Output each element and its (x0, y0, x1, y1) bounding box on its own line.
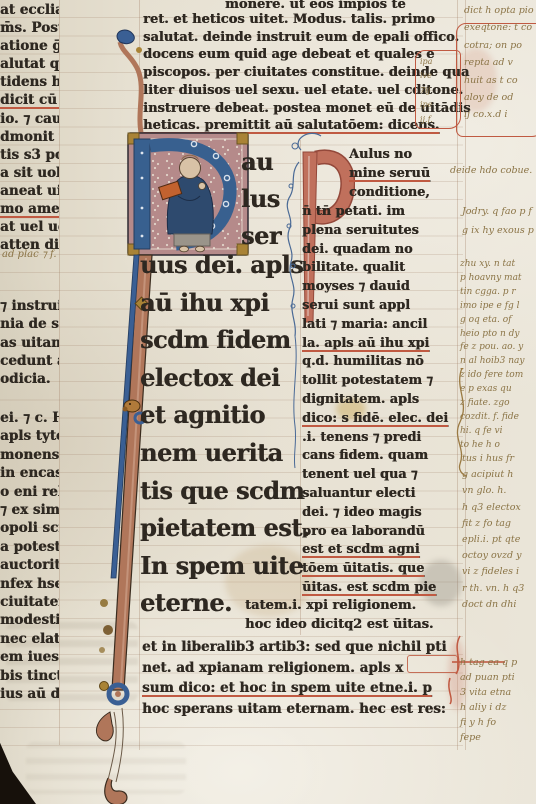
text-line: tōem ūitatis. que (302, 560, 448, 579)
text-line: em iueste t (0, 648, 59, 666)
text-line: as uitandis (0, 334, 59, 352)
text-line: ei. ⁊ c. Hanc (0, 409, 59, 427)
red-margin-squiggle (446, 634, 472, 706)
ochre-margin-squiggle (452, 368, 478, 478)
text-line: la. apls aū ihu xpi (302, 335, 448, 354)
text-line: bis tinctu (0, 667, 59, 685)
text-line: saluantur electi (302, 485, 448, 504)
text-line: bilitate. qualit (302, 259, 448, 278)
text-line: et in liberalib3 artib3: sed que nichil … (142, 637, 446, 658)
gloss-line: fe z pou. ao. y (460, 341, 524, 355)
text-line: monens eu (0, 446, 59, 464)
text-line: ius aū diu (0, 685, 59, 703)
text-line: cedunt ar (0, 352, 59, 370)
gloss-line: epli.i. pt qte (462, 532, 524, 548)
gloss-line: ive (420, 69, 433, 83)
gloss-line: tin cgga. p r (460, 286, 524, 300)
text-line: tatem.i. xpi religionem. (245, 597, 433, 616)
right-column-beside-initial: Aulus nomine seruūconditione, (349, 146, 430, 202)
bottom-gloss-block: et in liberalib3 artib3: sed que nichil … (142, 637, 446, 719)
text-line: net. ad xpianam religionem. apls x (142, 658, 446, 679)
incipit-text-beside-initial: aulusser (241, 143, 281, 254)
text-line: at ecclia. ⁊ (0, 1, 59, 19)
text-line: sum dico: et hoc in spem uite etne.i. p (142, 678, 446, 699)
text-line: hoc sperans uitam eternam. hec est res: (142, 699, 446, 720)
gloss-line: imo ipe e fg l (460, 300, 524, 314)
text-line: est et scdm agni (302, 541, 448, 560)
text-line: at uel uera (0, 218, 59, 236)
text-line: cans fidem. quam (302, 447, 448, 466)
text-line: tis que scdm (140, 472, 310, 510)
text-line: serui sunt appl (302, 297, 448, 316)
gloss-line: g oq eta. of (460, 314, 524, 328)
text-line: nec elationi (0, 630, 59, 648)
text-line: alutat qi sub (0, 55, 59, 73)
text-line: pro ea laborandū (302, 523, 448, 542)
vertical-ruling-line (59, 0, 60, 745)
text-line: mo amen. (0, 200, 59, 218)
gloss-line: fit z fo tag (462, 516, 524, 532)
gloss-line: fepe (460, 730, 517, 745)
gloss-line: zhu xy. n tat (460, 258, 524, 272)
pen-flourish (120, 42, 142, 138)
gloss-line: vi z fideles i (462, 564, 524, 580)
gloss-line: dict h opta pio t (464, 2, 536, 19)
left-gloss-column-top: at ecclia. ⁊m̄s. Post salatione ḡmisalut… (0, 1, 59, 254)
gloss-line: g ix hy exous p (462, 221, 534, 240)
margin-gloss-boxed-note: ipaive7ijipeij.f. (420, 55, 433, 127)
text-line: hoc ideo dicitq2 est ūitas. (245, 616, 433, 635)
text-line: tollit potestatem ⁊ (302, 372, 448, 391)
gloss-line: h q3 electox (462, 500, 524, 516)
gloss-line: heio pto n dy (460, 328, 524, 342)
text-line: a potestatiu (0, 538, 59, 556)
left-gloss-column-lower: ei. ⁊ c. Hancapls tyto qumonens euin enc… (0, 409, 59, 704)
gloss-line: vn glo. h. (462, 483, 524, 499)
text-line: ciuitatem u (0, 593, 59, 611)
gloss-line: p hoavny mat (460, 272, 524, 286)
text-line: n̄ tn̄ petati. im (302, 203, 448, 222)
margin-gloss-cluster-b: Jodry. q fao p fg ix hy exous p (462, 202, 534, 240)
text-line: odicia. (0, 370, 59, 388)
text-line: opoli scrib (0, 519, 59, 537)
text-line: auctoritat (0, 556, 59, 574)
gloss-line: ipa (420, 55, 433, 69)
text-line: ⁊ instruit (0, 297, 59, 315)
text-line: plena seruitutes (302, 222, 448, 241)
text-line: ūitas. est scdm pie (302, 579, 448, 598)
gloss-line: huit as t co (464, 72, 536, 89)
text-line: conditione, (349, 184, 430, 203)
text-line: m̄s. Post sal (0, 19, 59, 37)
text-line: nfex hse m (0, 575, 59, 593)
text-line: Aulus no (349, 146, 430, 165)
text-line: ⁊ ex simplic (0, 501, 59, 519)
right-column-closing-lines: tatem.i. xpi religionem.hoc ideo dicitq2… (245, 597, 433, 634)
illuminated-initial-p (128, 133, 248, 255)
left-margin-cursive-note: ad plac ⁊ f. (2, 249, 57, 260)
text-line: modestis u (0, 611, 59, 629)
manuscript-page: at ecclia. ⁊m̄s. Post salatione ḡmisalut… (0, 0, 536, 804)
gloss-line: ij.f. (420, 113, 433, 127)
text-line: dmonit tra (0, 128, 59, 146)
gloss-line: doct dn dhi (462, 597, 524, 613)
photo-corner-shadow (0, 732, 36, 804)
text-line: dico: s fidē. elec. dei (302, 410, 448, 429)
text-line: lus (241, 180, 281, 217)
gloss-line: ij co.x.d i (464, 106, 536, 123)
text-line: a sit uob cū (0, 164, 59, 182)
gloss-line: octoy ovzd y (462, 548, 524, 564)
text-line: au (241, 143, 281, 180)
text-line: tidens hoc n (0, 73, 59, 91)
left-gloss-column-middle: ⁊ instruitnia de spuaas uitandiscedunt a… (0, 297, 59, 388)
text-line: pietatem est. (140, 509, 310, 547)
text-line: tis s3 pocius (0, 146, 59, 164)
text-line: In spem uite (140, 547, 310, 585)
text-line: aneat uita (0, 182, 59, 200)
gloss-line: ipe (420, 98, 433, 112)
text-line: in encastia (0, 464, 59, 482)
text-line: q.d. humilitas nō (302, 353, 448, 372)
text-line: .i. tenens ⁊ predi (302, 429, 448, 448)
margin-gloss-cluster-top: dict h opta pio texeqtone: t cocotra; on… (464, 2, 536, 124)
gloss-line: exeqtone: t co (464, 19, 536, 36)
gloss-line: fi y h fo (460, 715, 517, 730)
text-line: atione ḡmis (0, 37, 59, 55)
text-line: lati ⁊ maria: ancil (302, 316, 448, 335)
gloss-line: r th. vn. h q3 (462, 581, 524, 597)
text-line: nia de spua (0, 315, 59, 333)
gloss-line: aloy de od (464, 89, 536, 106)
leaf-ornament (117, 30, 134, 44)
text-line: dei. quadam no (302, 241, 448, 260)
gloss-line: Jodry. q fao p f (462, 202, 534, 221)
gloss-line: repta ad v (464, 54, 536, 71)
gloss-line: 7ij (420, 84, 433, 98)
text-line: dicit cū spū (0, 91, 59, 109)
text-line: dei. ⁊ ideo magis (302, 504, 448, 523)
text-line: tenent uel qua ⁊ (302, 466, 448, 485)
text-line: o eni relict (0, 483, 59, 501)
text-line: apls tyto qu (0, 427, 59, 445)
gloss-line: cotra; on po (464, 37, 536, 54)
text-line: dignitatem. apls (302, 391, 448, 410)
text-line: io. ⁊ cauen (0, 110, 59, 128)
text-line: mine seruū (349, 165, 430, 184)
right-column-text: n̄ tn̄ petati. implena seruitutesdei. qu… (302, 203, 448, 598)
margin-gloss-note: deide hdo cobue. (450, 165, 532, 176)
text-line: moyses ⁊ dauid (302, 278, 448, 297)
